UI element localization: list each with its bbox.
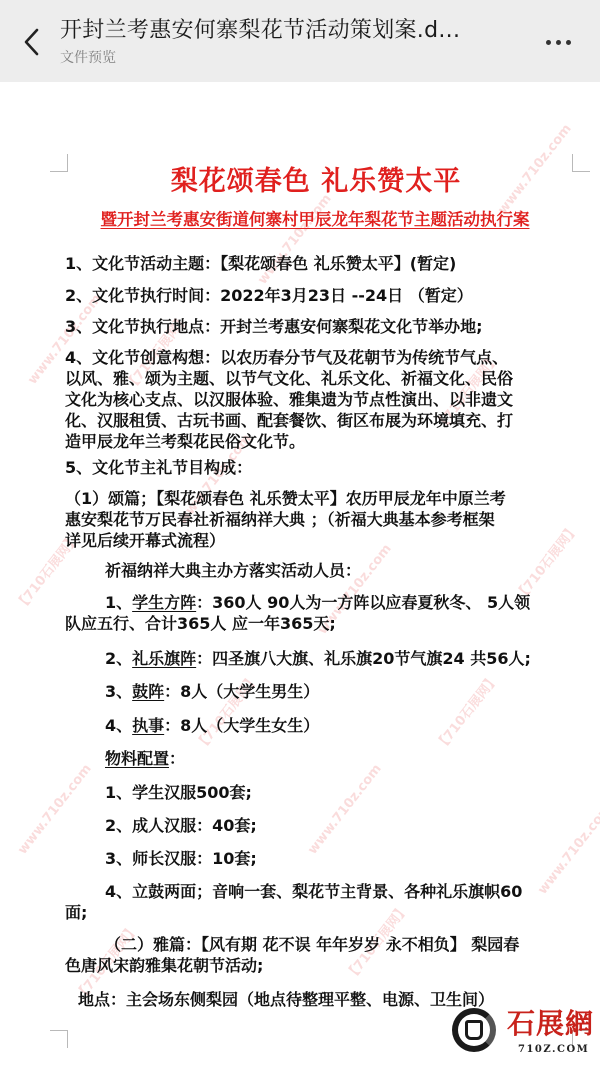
logo-inner-shape (465, 1020, 483, 1040)
staff-heading: 祈福纳祥大典主办方落实活动人员： (105, 559, 600, 582)
staff-item-2: 2、礼乐旗阵：四圣旗八大旗、礼乐旗20节气旗24 共56人; (105, 647, 600, 670)
materials-heading-text: 物料配置 (105, 749, 169, 768)
staff-name: 鼓阵 (132, 682, 164, 701)
section-elegance: （二）雅篇：【风有期 花不误 年年岁岁 永不相负】 梨园春 色唐风宋韵雅集花朝节… (65, 934, 600, 976)
section-line: 色唐风宋韵雅集花朝节活动; (65, 955, 600, 976)
section-line: 详见后续开幕式流程） (65, 530, 600, 551)
more-options-button[interactable] (538, 28, 578, 56)
concept-line: 文化为核心支点、以汉服体验、雅集遗为节点性演出、以非遗文 (65, 389, 600, 410)
material-item-cont: 面; (65, 901, 600, 924)
concept-line: 化、汉服租赁、古玩书画、配套餐饮、街区布展为环境填充、打 (65, 410, 600, 431)
item-concept: 4、文化节创意构想：以农历春分节气及花朝节为传统节气点、 以风、雅、颂为主题、以… (65, 347, 600, 452)
document-subtitle: 文件预览 (60, 48, 530, 68)
staff-item-4: 4、执事：8人（大学生女生） (105, 714, 600, 737)
item-time: 2、文化节执行时间：2022年3月23日 --24日 （暂定） (65, 284, 600, 307)
staff-desc-cont: 队应五行、合计365人 应一年365天; (65, 613, 600, 634)
document-sub-title: 暨开封兰考惠安街道何寨村甲辰龙年梨花节主题活动执行案 (55, 208, 575, 232)
materials-colon: ： (169, 749, 185, 768)
material-item: 3、师长汉服：10套; (105, 847, 600, 870)
logo-url: 710Z.COM (518, 1044, 589, 1055)
section-line: （1）颂篇；【梨花颂春色 礼乐赞太平】农历甲辰龙年中原兰考 (65, 488, 600, 509)
staff-num: 1、 (105, 593, 132, 612)
item-location: 3、文化节执行地点：开封兰考惠安何寨梨花文化节举办地; (65, 315, 600, 338)
section-line: 惠安梨花节万民春社祈福纳祥大典 ；（祈福大典基本参考框架 (65, 509, 600, 530)
staff-item-1: 1、学生方阵：360人 90人为一方阵以应春夏秋冬、 5人领 队应五行、合计36… (65, 592, 600, 634)
section-line: （二）雅篇：【风有期 花不误 年年岁岁 永不相负】 梨园春 (65, 934, 600, 955)
back-button[interactable] (14, 22, 48, 62)
material-item: 1、学生汉服500套; (105, 781, 600, 804)
logo-name: 石展網 (507, 1008, 594, 1040)
staff-num: 4、 (105, 716, 132, 735)
section-song: （1）颂篇；【梨花颂春色 礼乐赞太平】农历甲辰龙年中原兰考 惠安梨花节万民春社祈… (65, 488, 600, 551)
staff-num: 2、 (105, 649, 132, 668)
chevron-left-icon (22, 27, 40, 57)
staff-num: 3、 (105, 682, 132, 701)
material-item: 4、立鼓两面；音响一套、梨花节主背景、各种礼乐旗帜60 (105, 880, 600, 903)
more-dot (556, 40, 561, 45)
watermark: www.710z.com (15, 762, 95, 858)
more-dot (566, 40, 571, 45)
more-horizontal-icon (546, 40, 551, 45)
staff-desc: ：360人 90人为一方阵以应春夏秋冬、 5人领 (196, 593, 530, 612)
top-navigation-bar: 开封兰考惠安何寨梨花节活动策划案.d... 文件预览 (0, 0, 600, 82)
site-logo: 石展網 710Z.COM (452, 1002, 597, 1070)
item-program: 5、文化节主礼节目构成： (65, 456, 600, 479)
logo-mark-icon (452, 1008, 496, 1052)
document-main-title: 梨花颂春色 礼乐赞太平 (57, 162, 575, 202)
item-theme: 1、文化节活动主题：【梨花颂春色 礼乐赞太平】(暂定) (65, 252, 600, 275)
staff-name: 执事 (132, 716, 164, 735)
document-body: 梨花颂春色 礼乐赞太平 暨开封兰考惠安街道何寨村甲辰龙年梨花节主题活动执行案 (65, 162, 575, 232)
staff-name: 礼乐旗阵 (132, 649, 196, 668)
staff-desc: ：8人（大学生男生） (164, 682, 319, 701)
concept-line: 4、文化节创意构想：以农历春分节气及花朝节为传统节气点、 (65, 347, 600, 368)
watermark: www.710z.com (305, 762, 385, 858)
staff-desc: ：四圣旗八大旗、礼乐旗20节气旗24 共56人; (196, 649, 531, 668)
material-item: 2、成人汉服：40套; (105, 814, 600, 837)
staff-desc: ：8人（大学生女生） (164, 716, 319, 735)
materials-heading: 物料配置： (105, 747, 600, 770)
staff-item-3: 3、鼓阵：8人（大学生男生） (105, 680, 600, 703)
concept-line: 以风、雅、颂为主题、以节气文化、礼乐文化、祈福文化、民俗 (65, 368, 600, 389)
concept-line: 造甲辰龙年兰考梨花民俗文化节。 (65, 431, 600, 452)
document-title: 开封兰考惠安何寨梨花节活动策划案.d... (60, 16, 530, 46)
document-preview[interactable]: www.710z.com www.710z.com www.710z.com 【… (0, 82, 600, 1078)
staff-name: 学生方阵 (132, 593, 196, 612)
page-corner-mark (50, 1030, 68, 1048)
